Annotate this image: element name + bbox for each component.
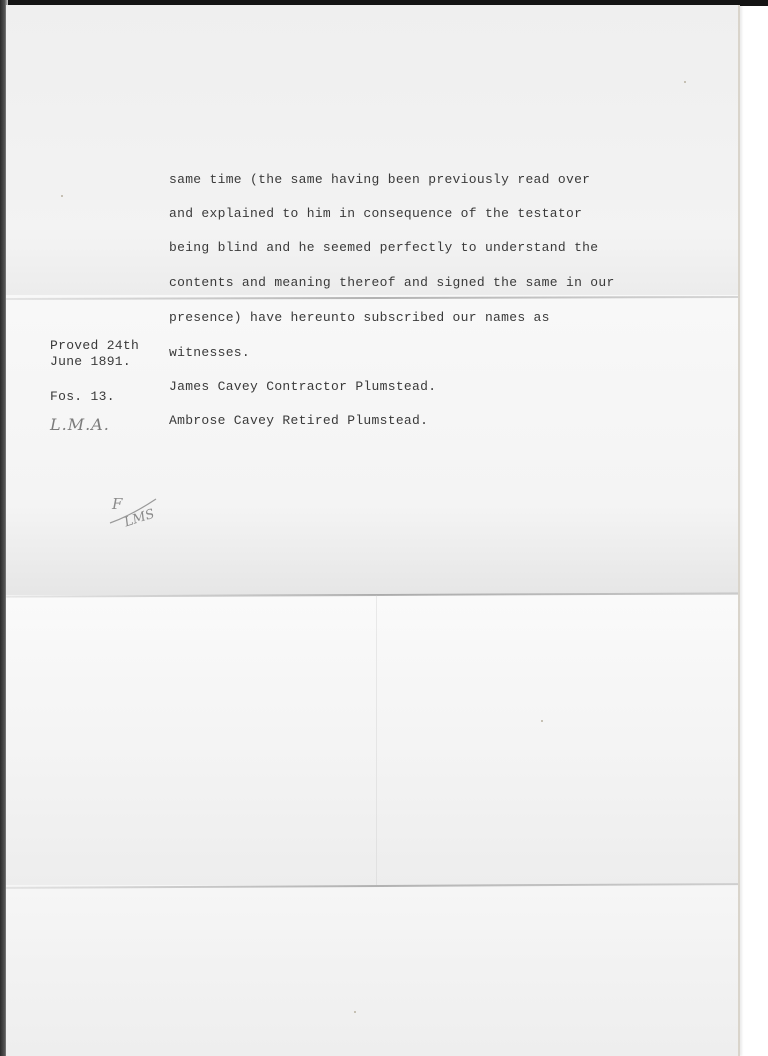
body-line: contents and meaning thereof and signed …	[169, 275, 615, 290]
handwritten-initials: L.M.A.	[50, 415, 110, 434]
body-line: presence) have hereunto subscribed our n…	[169, 310, 550, 325]
handwritten-fee-mark: F LMS	[106, 493, 166, 537]
body-line: and explained to him in consequence of t…	[169, 206, 582, 221]
body-line: witnesses.	[169, 345, 250, 360]
paper-speck	[61, 195, 63, 197]
paper-sheet: same time (the same having been previous…	[6, 5, 740, 1056]
body-line: same time (the same having been previous…	[169, 172, 590, 187]
paper-speck	[354, 1011, 356, 1013]
paper-speck	[541, 720, 543, 722]
fold-panel-3	[6, 595, 738, 885]
witness-line: Ambrose Cavey Retired Plumstead.	[169, 413, 428, 428]
scanned-page: same time (the same having been previous…	[0, 0, 768, 1056]
probate-date-line1: Proved 24th	[50, 338, 139, 354]
folio-count: Fos. 13.	[50, 389, 115, 405]
vertical-fold	[376, 595, 377, 885]
fold-panel-4	[6, 885, 738, 1056]
body-line: being blind and he seemed perfectly to u…	[169, 240, 598, 255]
fee-mark-numerator: F	[112, 495, 122, 513]
witness-line: James Cavey Contractor Plumstead.	[169, 379, 436, 394]
probate-date-line2: June 1891.	[50, 354, 131, 370]
paper-speck	[684, 81, 686, 83]
